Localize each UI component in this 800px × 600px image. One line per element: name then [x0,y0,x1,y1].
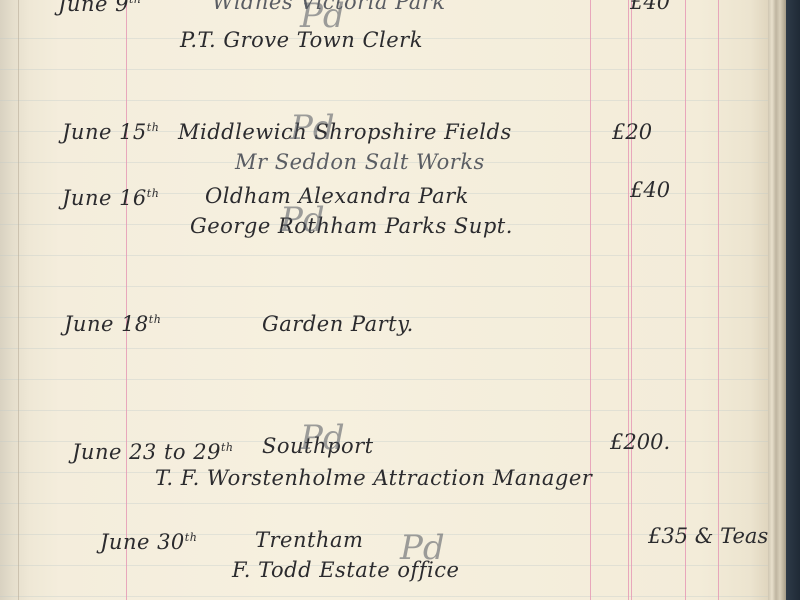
entry-amount: £20 [612,120,652,144]
ledger-page: June 9th Widnes Victoria Park P.T. Grove… [0,0,768,600]
entry-place: Oldham Alexandra Park [205,184,469,208]
date-margin-rule [126,0,127,600]
entry-place: Southport [262,434,374,458]
entry-date: June 16th [62,186,159,210]
entry-date: June 18th [64,312,161,336]
page-fold-line [18,0,19,600]
column-rule-1 [590,0,591,600]
entry-contact: George Rothham Parks Supt. [190,214,513,238]
entry-amount: £200. [610,430,670,454]
column-rule-4 [718,0,719,600]
entry-contact: F. Todd Estate office [232,558,459,582]
entry-place: Middlewich Shropshire Fields [178,120,512,144]
entry-amount: £40 [630,0,670,14]
column-rule-2 [628,0,629,600]
ruled-lines [0,0,768,600]
entry-date: June 23 to 29th [72,440,233,464]
entry-place: Trentham [255,528,363,552]
book-cover [786,0,800,600]
column-rule-2b [631,0,632,600]
page-edges [768,0,786,600]
entry-date: June 15th [62,120,159,144]
entry-contact: Mr Seddon Salt Works [235,150,485,174]
entry-date: June 30th [100,530,197,554]
entry-place: Garden Party. [262,312,414,336]
entry-contact: P.T. Grove Town Clerk [180,28,423,52]
entry-amount: £40 [630,178,670,202]
entry-contact: T. F. Worstenholme Attraction Manager [155,466,592,490]
entry-date: June 9th [58,0,141,16]
entry-amount: £35 & Teas. [648,524,775,548]
entry-place: Widnes Victoria Park [212,0,446,14]
column-rule-3 [685,0,686,600]
